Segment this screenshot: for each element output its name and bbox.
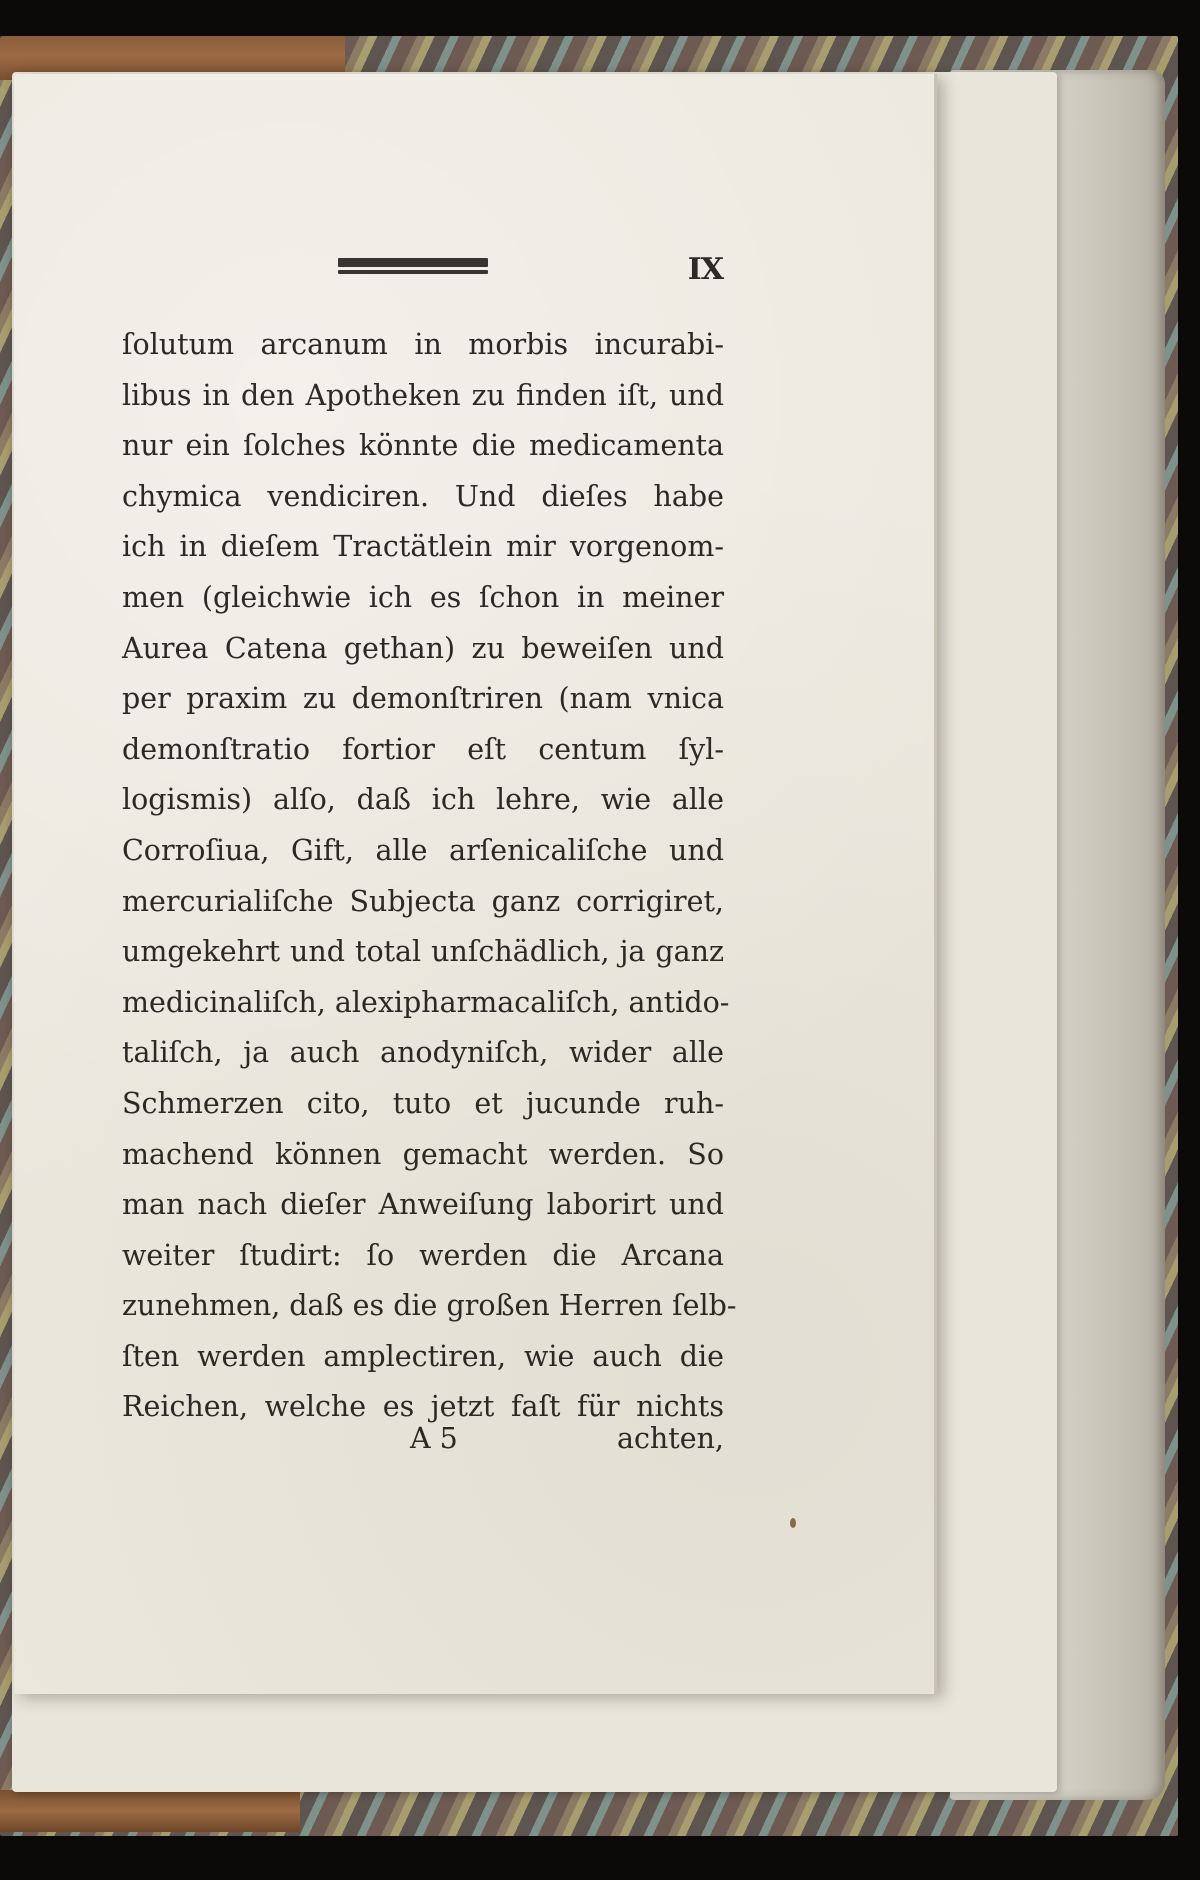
text-line: umgekehrt und total unſchädlich, ja ganz xyxy=(122,927,724,978)
text-line: ich in dieſem Tractätlein mir vorgenom- xyxy=(122,522,724,573)
text-line: ſolutum arcanum in morbis incurabi- xyxy=(122,320,724,371)
text-line: medicinaliſch, alexipharmacaliſch, antid… xyxy=(122,978,724,1029)
text-line: zunehmen, daß es die großen Herren ſelb- xyxy=(122,1281,724,1332)
catchword: achten, xyxy=(617,1422,724,1455)
text-line: weiter ſtudirt: ſo werden die Arcana xyxy=(122,1231,724,1282)
text-line: machend können gemacht werden. So xyxy=(122,1130,724,1181)
text-line: ſten werden amplectiren, wie auch die xyxy=(122,1332,724,1383)
foxing-spot xyxy=(790,1518,796,1528)
text-line: libus in den Apotheken zu finden iſt, un… xyxy=(122,371,724,422)
text-line: Aurea Catena gethan) zu beweiſen und xyxy=(122,624,724,675)
text-line: nur ein ſolches könnte die medicamenta xyxy=(122,421,724,472)
page-number: IX xyxy=(688,252,723,287)
page-footer: A 5 achten, xyxy=(122,1422,724,1472)
text-line: man nach dieſer Anweiſung laborirt und xyxy=(122,1180,724,1231)
text-line: Schmerzen cito, tuto et jucunde ruh- xyxy=(122,1079,724,1130)
headpiece-rule-icon xyxy=(338,258,488,274)
signature-mark: A 5 xyxy=(410,1422,458,1455)
page-header: IX xyxy=(338,252,723,282)
text-line: Corroſiua, Gift, alle arſenicaliſche und xyxy=(122,826,724,877)
text-line: taliſch, ja auch anodyniſch, wider alle xyxy=(122,1028,724,1079)
leather-spine-bottom xyxy=(0,1790,300,1832)
body-text: ſolutum arcanum in morbis incurabi- libu… xyxy=(122,320,724,1433)
text-line: logismis) alſo, daß ich lehre, wie alle xyxy=(122,775,724,826)
text-line: men (gleichwie ich es ſchon in meiner xyxy=(122,573,724,624)
text-line: demonſtratio fortior eſt centum ſyl- xyxy=(122,725,724,776)
text-line: mercurialiſche Subjecta ganz corrigiret, xyxy=(122,877,724,928)
text-line: chymica vendiciren. Und dieſes habe xyxy=(122,472,724,523)
text-line: per praxim zu demonſtriren (nam vnica xyxy=(122,674,724,725)
